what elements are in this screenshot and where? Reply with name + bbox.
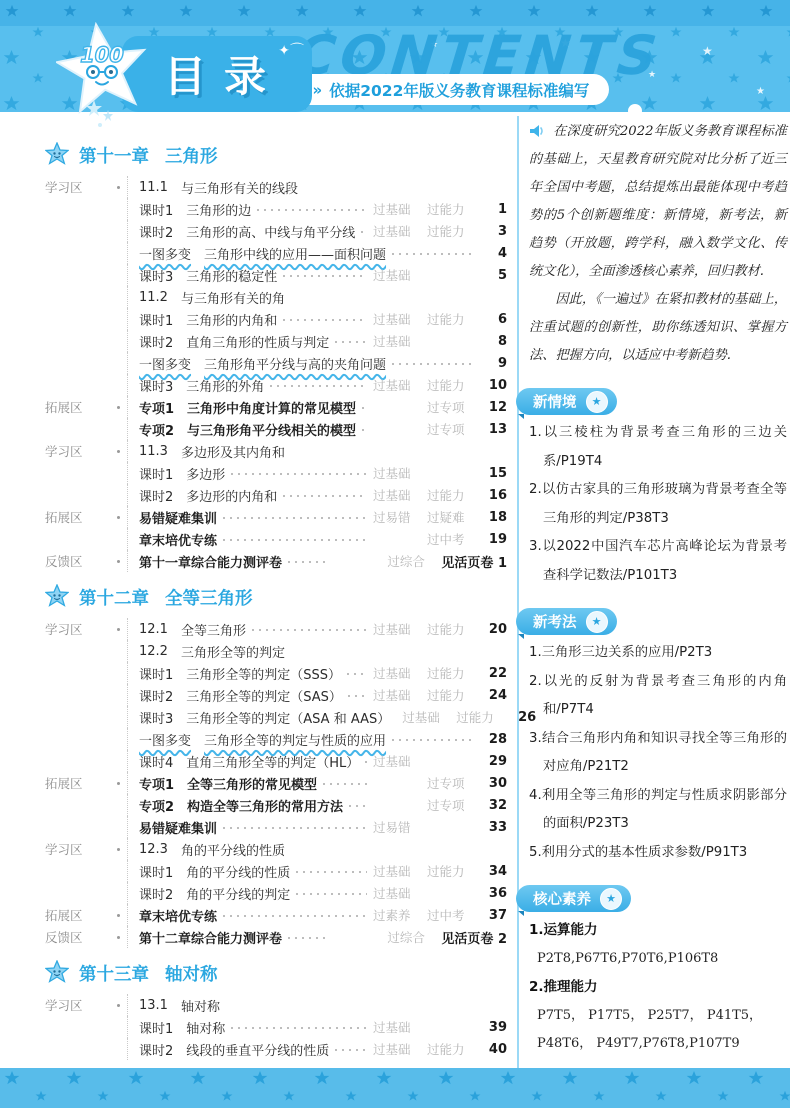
area-bullet: [117, 516, 120, 519]
dotted-leader: [323, 783, 367, 785]
badge-label: 新考法: [533, 611, 577, 632]
sidebar-list-item: 2.以仿古家具的三角形玻璃为背景考查全等三角形的判定/P38T3: [529, 476, 787, 533]
dotted-leader: [231, 1027, 367, 1029]
row-body: 课时2多边形的内角和过基础过能力16: [127, 484, 507, 506]
toc-row: 课时3三角形全等的判定（ASA 和 AAS）过基础过能力26: [45, 706, 507, 728]
practice-tag: 过基础: [373, 200, 427, 218]
badge-mascot-icon: ★: [600, 888, 622, 910]
entry-title: 第十一章综合能力测评卷: [139, 552, 282, 571]
toc-row: 学习区12.1全等三角形过基础过能力20: [45, 618, 507, 640]
row-body: 12.3角的平分线的性质: [127, 838, 507, 860]
toc-row: 课时3三角形的稳定性过基础5: [45, 264, 507, 286]
page-number: 24: [481, 688, 507, 703]
dotted-leader: [362, 429, 367, 431]
practice-tag: 过能力: [427, 376, 481, 394]
entry-title: 与三角形有关的线段: [181, 178, 298, 197]
page-number: 6: [481, 312, 507, 327]
chapter: 第十三章轴对称学习区13.1轴对称课时1轴对称过基础39课时2线段的垂直平分线的…: [45, 958, 507, 1060]
area-bullet: [117, 936, 120, 939]
toc-row: 课时1三角形的内角和过基础过能力6: [45, 308, 507, 330]
row-body: 易错疑难集训过易错过疑难18: [127, 506, 507, 528]
area-label: 反馈区: [45, 928, 83, 946]
chapter-number: 第十二章: [79, 585, 149, 610]
dotted-leader: [296, 893, 367, 895]
page-number: 9: [481, 356, 507, 371]
entry-label: 11.1: [139, 180, 168, 195]
chapter-rows: 学习区11.1与三角形有关的线段课时1三角形的边过基础过能力1课时2三角形的高、…: [45, 176, 507, 572]
entry-label: 一图多变: [139, 358, 191, 373]
page-number: 4: [481, 246, 507, 261]
row-body: 课时1三角形全等的判定（SSS）过基础过能力22: [127, 662, 507, 684]
sidebar-list-item: 1.三角形三边关系的应用/P2T3: [529, 639, 787, 668]
entry-title: 角的平分线的判定: [186, 884, 290, 903]
practice-tag: 过综合: [387, 928, 441, 946]
toc-row: 拓展区易错疑难集训过易错过疑难18: [45, 506, 507, 528]
entry-label: 专项1: [139, 398, 174, 417]
entry-title: 多边形及其内角和: [181, 442, 285, 461]
entry-title: 三角形全等的判定（SAS）: [186, 686, 342, 705]
dotted-leader: [392, 253, 475, 255]
area-label: 拓展区: [45, 508, 83, 526]
practice-tag: 过能力: [427, 222, 481, 240]
entry-label: 专项1: [139, 774, 174, 793]
entry-label: 课时2: [139, 332, 173, 351]
row-body: 课时1三角形的内角和过基础过能力6: [127, 308, 507, 330]
toc-row: 课时1三角形的边过基础过能力1: [45, 198, 507, 220]
row-body: 课时1三角形的边过基础过能力1: [127, 198, 507, 220]
dotted-leader: [288, 561, 327, 563]
entry-title: 全等三角形: [181, 620, 246, 639]
chapter-rows: 学习区13.1轴对称课时1轴对称过基础39课时2线段的垂直平分线的性质过基础过能…: [45, 994, 507, 1060]
area-column: 拓展区: [45, 508, 127, 526]
chapter-name: 轴对称: [165, 961, 218, 986]
toc-row: 反馈区第十二章综合能力测评卷过综合见活页卷 2: [45, 926, 507, 948]
row-body: 13.1轴对称: [127, 994, 507, 1016]
practice-tag: 过专项: [427, 398, 481, 416]
entry-title: 与三角形有关的角: [181, 288, 285, 307]
row-body: 章末培优专练过中考19: [127, 528, 507, 550]
competency-title: 2.推理能力: [529, 973, 787, 1002]
megaphone-icon: [529, 124, 545, 138]
toc-row: 一图多变三角形全等的判定与性质的应用28: [45, 728, 507, 750]
toc-row: 一图多变三角形角平分线与高的夹角问题9: [45, 352, 507, 374]
area-bullet: [117, 782, 120, 785]
page-number: 19: [481, 532, 507, 547]
toc-row: 课时1轴对称过基础39: [45, 1016, 507, 1038]
decor-star-icon: ★: [756, 86, 765, 97]
area-column: 拓展区: [45, 774, 127, 792]
page-number: 34: [481, 864, 507, 879]
toc-row: 课时3三角形的外角过基础过能力10: [45, 374, 507, 396]
sidebar-section: 新考法★1.三角形三边关系的应用/P2T32.以光的反射为背景考查三角形的内角和…: [529, 600, 787, 867]
toc-row: 拓展区专项1三角形中角度计算的常见模型过专项12: [45, 396, 507, 418]
toc-row: 专项2构造全等三角形的常用方法过专项32: [45, 794, 507, 816]
row-body: 11.3多边形及其内角和: [127, 440, 507, 462]
practice-tag: 过基础: [373, 752, 427, 770]
dotted-leader: [223, 517, 367, 519]
row-body: 课时4直角三角形全等的判定（HL）过基础29: [127, 750, 507, 772]
entry-label: 12.2: [139, 644, 168, 659]
competency-refs: P2T8,P67T6,P70T6,P106T8: [529, 945, 787, 974]
chapter-number: 第十一章: [79, 143, 149, 168]
dotted-leader: [335, 1049, 367, 1051]
row-body: 专项1全等三角形的常见模型过专项30: [127, 772, 507, 794]
entry-label: 课时3: [139, 376, 173, 395]
practice-tag: 过能力: [427, 862, 481, 880]
page: ★ ★ ★ ★ ★ ★ 100 目录 ✦⌒ CONTENT: [0, 0, 790, 1108]
practice-tag: 过能力: [427, 310, 481, 328]
entry-title: 轴对称: [186, 1018, 225, 1037]
row-body: 章末培优专练过素养过中考37: [127, 904, 507, 926]
practice-tag: 过基础: [373, 464, 427, 482]
entry-label: 12.3: [139, 842, 168, 857]
toc-title-box: 目录 ✦⌒: [122, 36, 312, 112]
decor-notch: [628, 104, 642, 118]
sidebar-sections: 新情境★1.以三棱柱为背景考查三角形的三边关系/P19T42.以仿古家具的三角形…: [529, 380, 787, 1059]
practice-tag: 过能力: [427, 664, 481, 682]
entry-title: 直角三角形的性质与判定: [186, 332, 329, 351]
toc-row: 课时1三角形全等的判定（SSS）过基础过能力22: [45, 662, 507, 684]
row-body: 专项1三角形中角度计算的常见模型过专项12: [127, 396, 507, 418]
page-number: 30: [481, 776, 507, 791]
area-bullet: [117, 186, 120, 189]
dotted-leader: [288, 937, 327, 939]
toc-row: 学习区13.1轴对称: [45, 994, 507, 1016]
practice-tag: 过易错: [373, 508, 427, 526]
toc-row: 章末培优专练过中考19: [45, 528, 507, 550]
area-column: 学习区: [45, 840, 127, 858]
entry-title: 第十二章综合能力测评卷: [139, 928, 282, 947]
chapter-name: 三角形: [165, 143, 218, 168]
sidebar-list-item: 4.利用全等三角形的判定与性质求阴影部分的面积/P23T3: [529, 782, 787, 839]
sparkle-icon: ✦⌒: [278, 40, 304, 60]
page-number: 13: [481, 422, 507, 437]
toc-row: 12.2三角形全等的判定: [45, 640, 507, 662]
page-number: 40: [481, 1042, 507, 1057]
row-body: 第十一章综合能力测评卷过综合见活页卷 1: [127, 550, 507, 572]
entry-label: 课时2: [139, 222, 173, 241]
page-number: 28: [481, 732, 507, 747]
page-number: 37: [481, 908, 507, 923]
sidebar-intro-paragraph: 在深度研究2022年版义务教育课程标准的基础上，天星教育研究院对比分析了近三年全…: [529, 118, 787, 286]
entry-title: 多边形的内角和: [186, 486, 277, 505]
entry-label: 课时1: [139, 200, 173, 219]
practice-tag: 过中考: [427, 906, 481, 924]
toc-row: 易错疑难集训过易错33: [45, 816, 507, 838]
row-body: 课时3三角形的稳定性过基础5: [127, 264, 507, 286]
row-body: 第十二章综合能力测评卷过综合见活页卷 2: [127, 926, 507, 948]
row-body: 课时2角的平分线的判定过基础36: [127, 882, 507, 904]
sidebar-list-item: 5.利用分式的基本性质求参数/P91T3: [529, 839, 787, 868]
entry-label: 课时2: [139, 486, 173, 505]
entry-label: 课时2: [139, 1040, 173, 1059]
toc-row: 课时4直角三角形全等的判定（HL）过基础29: [45, 750, 507, 772]
practice-tag: 过疑难: [427, 508, 481, 526]
row-body: 12.1全等三角形过基础过能力20: [127, 618, 507, 640]
area-label: 学习区: [45, 442, 83, 460]
entry-title: 线段的垂直平分线的性质: [186, 1040, 329, 1059]
sidebar-intro-paragraph: 因此，《一遍过》在紧扣教材的基础上，注重试题的创新性，助你练透知识、掌握方法、把…: [529, 286, 787, 370]
row-body: 课时2三角形全等的判定（SAS）过基础过能力24: [127, 684, 507, 706]
toc-row: 拓展区专项1全等三角形的常见模型过专项30: [45, 772, 507, 794]
row-body: 课时2直角三角形的性质与判定过基础8: [127, 330, 507, 352]
entry-title: 直角三角形全等的判定（HL）: [186, 752, 359, 771]
entry-label: 课时3: [139, 266, 173, 285]
area-label: 拓展区: [45, 398, 83, 416]
area-bullet: [117, 450, 120, 453]
dotted-leader: [223, 915, 367, 917]
area-bullet: [117, 560, 120, 563]
entry-label: 11.2: [139, 290, 168, 305]
entry-label: 课时3: [139, 708, 173, 727]
practice-tag: 过基础: [373, 486, 427, 504]
entry-title: 三角形的内角和: [186, 310, 277, 329]
entry-title: 与三角形角平分线相关的模型: [187, 420, 356, 439]
practice-tag: 过基础: [373, 664, 427, 682]
dotted-leader: [296, 871, 367, 873]
practice-tag: 过中考: [427, 530, 481, 548]
toc-row: 学习区12.3角的平分线的性质: [45, 838, 507, 860]
intro-text: 在深度研究2022年版义务教育课程标准的基础上，天星教育研究院对比分析了近三年全…: [529, 124, 787, 279]
toc-row: 课时2多边形的内角和过基础过能力16: [45, 484, 507, 506]
sidebar-list-item: 2.以光的反射为背景考查三角形的内角和/P7T4: [529, 668, 787, 725]
sidebar-list-item: 1.以三棱柱为背景考查三角形的三边关系/P19T4: [529, 419, 787, 476]
page-number: 见活页卷 2: [441, 928, 507, 947]
entry-label: 专项2: [139, 796, 174, 815]
chapter-heading: 第十一章三角形: [45, 140, 507, 170]
tagline-text: 依据2022年版义务教育课程标准编写: [329, 79, 589, 101]
star-mascot-logo: 100: [56, 22, 148, 132]
entry-label: 一图多变: [139, 734, 191, 749]
dotted-leader: [348, 695, 367, 697]
toc-row: 课时2三角形全等的判定（SAS）过基础过能力24: [45, 684, 507, 706]
entry-title: 角的平分线的性质: [181, 840, 285, 859]
dotted-leader: [347, 673, 367, 675]
row-body: 专项2构造全等三角形的常用方法过专项32: [127, 794, 507, 816]
row-body: 课时1多边形过基础15: [127, 462, 507, 484]
entry-title: 角的平分线的性质: [186, 862, 290, 881]
entry-title: 三角形中线的应用——面积问题: [204, 248, 386, 263]
area-bullet: [117, 628, 120, 631]
page-number: 3: [481, 224, 507, 239]
sidebar-section: 新情境★1.以三棱柱为背景考查三角形的三边关系/P19T42.以仿古家具的三角形…: [529, 380, 787, 590]
dotted-leader: [349, 805, 367, 807]
practice-tag: 过能力: [427, 686, 481, 704]
practice-tag: 过基础: [373, 376, 427, 394]
entry-label: 课时1: [139, 664, 173, 683]
sidebar-section: 核心素养★1.运算能力P2T8,P67T6,P70T6,P106T82.推理能力…: [529, 877, 787, 1059]
header-banner: ★ ★ ★ ★ ★ ★ 100 目录 ✦⌒ CONTENT: [0, 0, 790, 112]
entry-label: 课时1: [139, 862, 173, 881]
area-label: 拓展区: [45, 906, 83, 924]
page-number: 15: [481, 466, 507, 481]
badge-mascot-icon: ★: [586, 391, 608, 413]
chapter: 第十一章三角形学习区11.1与三角形有关的线段课时1三角形的边过基础过能力1课时…: [45, 140, 507, 572]
practice-tag: 过基础: [373, 222, 427, 240]
practice-tag: 过能力: [427, 486, 481, 504]
area-column: 反馈区: [45, 928, 127, 946]
row-body: 易错疑难集训过易错33: [127, 816, 507, 838]
entry-title: 三角形的外角: [186, 376, 264, 395]
dotted-leader: [257, 209, 367, 211]
practice-tag: 过能力: [456, 708, 510, 726]
sidebar-list-item: 3.以2022中国汽车芯片高峰论坛为背景考查科学记数法/P101T3: [529, 533, 787, 590]
entry-title: 全等三角形的常见模型: [187, 774, 317, 793]
entry-title: 轴对称: [181, 996, 220, 1015]
bottom-stars-pattern: [0, 1068, 790, 1108]
entry-title: 三角形全等的判定与性质的应用: [204, 734, 386, 749]
dotted-leader: [392, 363, 475, 365]
row-body: 专项2与三角形角平分线相关的模型过专项13: [127, 418, 507, 440]
area-column: 拓展区: [45, 398, 127, 416]
row-body: 课时1轴对称过基础39: [127, 1016, 507, 1038]
row-body: 一图多变三角形角平分线与高的夹角问题9: [127, 352, 507, 374]
area-label: 学习区: [45, 996, 83, 1014]
dotted-leader: [223, 827, 367, 829]
page-number: 33: [481, 820, 507, 835]
area-column: 拓展区: [45, 906, 127, 924]
practice-tag: 过基础: [373, 862, 427, 880]
practice-tag: 过能力: [427, 200, 481, 218]
row-body: 一图多变三角形中线的应用——面积问题4: [127, 242, 507, 264]
page-number: 20: [481, 622, 507, 637]
toc-row: 11.2与三角形有关的角: [45, 286, 507, 308]
bottom-border: [0, 1068, 790, 1108]
entry-title: 三角形的高、中线与角平分线: [186, 222, 355, 241]
dotted-leader: [362, 407, 367, 409]
toc-row: 反馈区第十一章综合能力测评卷过综合见活页卷 1: [45, 550, 507, 572]
page-number: 39: [481, 1020, 507, 1035]
practice-tag: 过基础: [402, 708, 456, 726]
row-body: 12.2三角形全等的判定: [127, 640, 507, 662]
area-column: 学习区: [45, 620, 127, 638]
practice-tag: 过基础: [373, 266, 427, 284]
chapter-name: 全等三角形: [165, 585, 253, 610]
area-column: 学习区: [45, 442, 127, 460]
entry-title: 三角形的稳定性: [186, 266, 277, 285]
page-number: 12: [481, 400, 507, 415]
entry-label: 课时4: [139, 752, 173, 771]
row-body: 11.1与三角形有关的线段: [127, 176, 507, 198]
entry-title: 三角形全等的判定: [181, 642, 285, 661]
practice-tag: 过易错: [373, 818, 427, 836]
row-body: 课时3三角形的外角过基础过能力10: [127, 374, 507, 396]
entry-title: 三角形的边: [186, 200, 251, 219]
area-column: 学习区: [45, 178, 127, 196]
entry-title: 三角形中角度计算的常见模型: [187, 398, 356, 417]
toc-row: 课时2线段的垂直平分线的性质过基础过能力40: [45, 1038, 507, 1060]
toc-row: 课时2三角形的高、中线与角平分线过基础过能力3: [45, 220, 507, 242]
entry-title: 构造全等三角形的常用方法: [187, 796, 343, 815]
chapter-mascot-icon: [45, 142, 69, 168]
entry-title: 章末培优专练: [139, 906, 217, 925]
entry-title: 多边形: [186, 464, 225, 483]
toc-row: 一图多变三角形中线的应用——面积问题4: [45, 242, 507, 264]
toc-row: 课时2角的平分线的判定过基础36: [45, 882, 507, 904]
entry-label: 课时1: [139, 1018, 173, 1037]
area-label: 学习区: [45, 620, 83, 638]
entry-label: 12.1: [139, 622, 168, 637]
page-number: 16: [481, 488, 507, 503]
page-number: 10: [481, 378, 507, 393]
dotted-leader: [231, 473, 367, 475]
practice-tag: 过基础: [373, 620, 427, 638]
area-bullet: [117, 406, 120, 409]
practice-tag: 过综合: [387, 552, 441, 570]
toc-row: 拓展区章末培优专练过素养过中考37: [45, 904, 507, 926]
entry-title: 三角形全等的判定（ASA 和 AAS）: [186, 708, 390, 727]
practice-tag: 过基础: [373, 884, 427, 902]
area-bullet: [117, 1004, 120, 1007]
decor-star-icon: ★: [702, 44, 713, 58]
toc-row: 课时1角的平分线的性质过基础过能力34: [45, 860, 507, 882]
chapter-rows: 学习区12.1全等三角形过基础过能力2012.2三角形全等的判定课时1三角形全等…: [45, 618, 507, 948]
entry-label: 专项2: [139, 420, 174, 439]
row-body: 课时2三角形的高、中线与角平分线过基础过能力3: [127, 220, 507, 242]
toc: 第十一章三角形学习区11.1与三角形有关的线段课时1三角形的边过基础过能力1课时…: [45, 140, 507, 1070]
entry-title: 易错疑难集训: [139, 818, 217, 837]
entry-title: 三角形全等的判定（SSS）: [186, 664, 341, 683]
competency-title: 1.运算能力: [529, 916, 787, 945]
entry-title: 易错疑难集训: [139, 508, 217, 527]
area-label: 拓展区: [45, 774, 83, 792]
page-number: 5: [481, 268, 507, 283]
entry-title: 三角形角平分线与高的夹角问题: [204, 358, 386, 373]
badge-mascot-icon: ★: [586, 611, 608, 633]
page-number: 29: [481, 754, 507, 769]
area-bullet: [117, 848, 120, 851]
practice-tag: 过专项: [427, 420, 481, 438]
toc-row: 课时2直角三角形的性质与判定过基础8: [45, 330, 507, 352]
page-number: 8: [481, 334, 507, 349]
practice-tag: 过专项: [427, 774, 481, 792]
page-number: 22: [481, 666, 507, 681]
dotted-leader: [270, 385, 367, 387]
chapter-mascot-icon: [45, 584, 69, 610]
practice-tag: 过素养: [373, 906, 427, 924]
sidebar-section-badge: 新情境★: [516, 388, 617, 415]
entry-label: 11.3: [139, 444, 168, 459]
dotted-leader: [392, 739, 475, 741]
row-body: 课时3三角形全等的判定（ASA 和 AAS）过基础过能力26: [127, 706, 507, 728]
row-body: 课时1角的平分线的性质过基础过能力34: [127, 860, 507, 882]
area-column: 学习区: [45, 996, 127, 1014]
practice-tag: 过能力: [427, 620, 481, 638]
sidebar-list-item: 3.结合三角形内角和知识寻找全等三角形的对应角/P21T2: [529, 725, 787, 782]
page-number: 1: [481, 202, 507, 217]
toc-row: 学习区11.1与三角形有关的线段: [45, 176, 507, 198]
page-number: 见活页卷 1: [441, 552, 507, 571]
dotted-leader: [283, 275, 367, 277]
dotted-leader: [361, 231, 367, 233]
area-column: 反馈区: [45, 552, 127, 570]
dotted-leader: [365, 761, 367, 763]
row-body: 11.2与三角形有关的角: [127, 286, 507, 308]
badge-label: 核心素养: [533, 888, 591, 909]
page-number: 18: [481, 510, 507, 525]
chapter-mascot-icon: [45, 960, 69, 986]
variant-entry: 一图多变三角形角平分线与高的夹角问题: [139, 354, 386, 373]
dotted-leader: [283, 319, 367, 321]
variant-entry: 一图多变三角形全等的判定与性质的应用: [139, 730, 386, 749]
variant-entry: 一图多变三角形中线的应用——面积问题: [139, 244, 386, 263]
row-body: 课时2线段的垂直平分线的性质过基础过能力40: [127, 1038, 507, 1060]
chapter: 第十二章全等三角形学习区12.1全等三角形过基础过能力2012.2三角形全等的判…: [45, 582, 507, 948]
chapter-number: 第十三章: [79, 961, 149, 986]
practice-tag: 过基础: [373, 1040, 427, 1058]
practice-tag: 过基础: [373, 1018, 427, 1036]
entry-label: 13.1: [139, 998, 168, 1013]
